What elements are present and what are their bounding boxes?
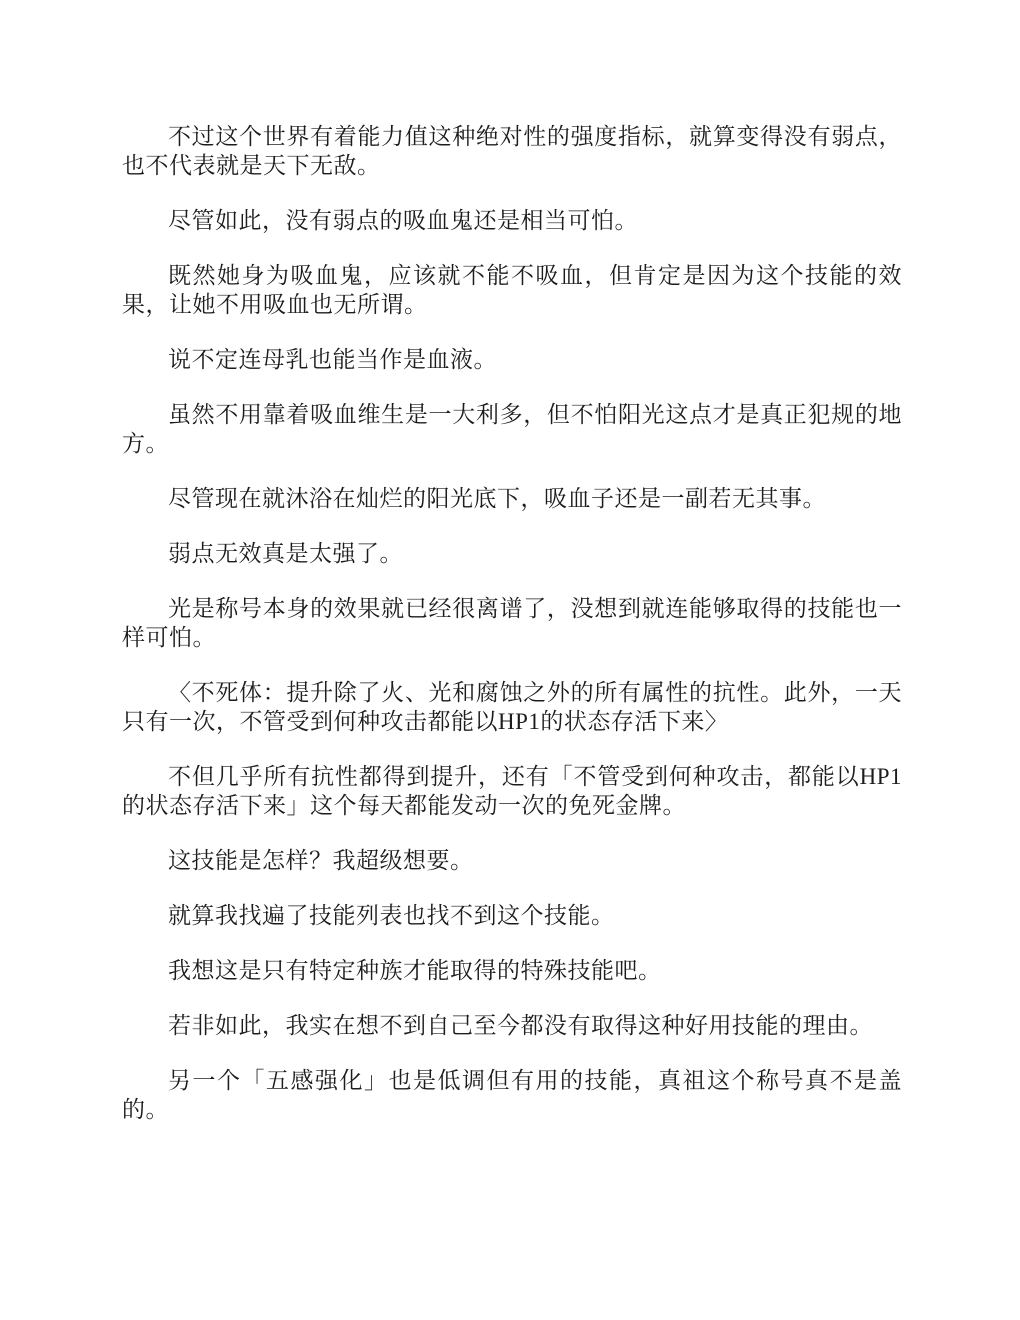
paragraph-3: 既然她身为吸血鬼，应该就不能不吸血，但肯定是因为这个技能的效果，让她不用吸血也无… xyxy=(122,261,902,319)
paragraph-10: 不但几乎所有抗性都得到提升，还有「不管受到何种攻击，都能以HP1的状态存活下来」… xyxy=(122,762,902,820)
paragraph-7: 弱点无效真是太强了。 xyxy=(122,539,902,568)
paragraph-4: 说不定连母乳也能当作是血液。 xyxy=(122,345,902,374)
document-page: 不过这个世界有着能力值这种绝对性的强度指标，就算变得没有弱点，也不代表就是天下无… xyxy=(0,0,1020,1320)
paragraph-11: 这技能是怎样？我超级想要。 xyxy=(122,846,902,875)
text-content: 不过这个世界有着能力值这种绝对性的强度指标，就算变得没有弱点，也不代表就是天下无… xyxy=(122,122,902,1124)
paragraph-15: 另一个「五感强化」也是低调但有用的技能，真祖这个称号真不是盖的。 xyxy=(122,1066,902,1124)
paragraph-14: 若非如此，我实在想不到自己至今都没有取得这种好用技能的理由。 xyxy=(122,1011,902,1040)
paragraph-8: 光是称号本身的效果就已经很离谱了，没想到就连能够取得的技能也一样可怕。 xyxy=(122,594,902,652)
paragraph-6: 尽管现在就沐浴在灿烂的阳光底下，吸血子还是一副若无其事。 xyxy=(122,484,902,513)
paragraph-9-skill-description: 〈不死体：提升除了火、光和腐蚀之外的所有属性的抗性。此外，一天只有一次，不管受到… xyxy=(122,678,902,736)
paragraph-13: 我想这是只有特定种族才能取得的特殊技能吧。 xyxy=(122,956,902,985)
paragraph-5: 虽然不用靠着吸血维生是一大利多，但不怕阳光这点才是真正犯规的地方。 xyxy=(122,400,902,458)
paragraph-2: 尽管如此，没有弱点的吸血鬼还是相当可怕。 xyxy=(122,206,902,235)
paragraph-12: 就算我找遍了技能列表也找不到这个技能。 xyxy=(122,901,902,930)
paragraph-1: 不过这个世界有着能力值这种绝对性的强度指标，就算变得没有弱点，也不代表就是天下无… xyxy=(122,122,902,180)
